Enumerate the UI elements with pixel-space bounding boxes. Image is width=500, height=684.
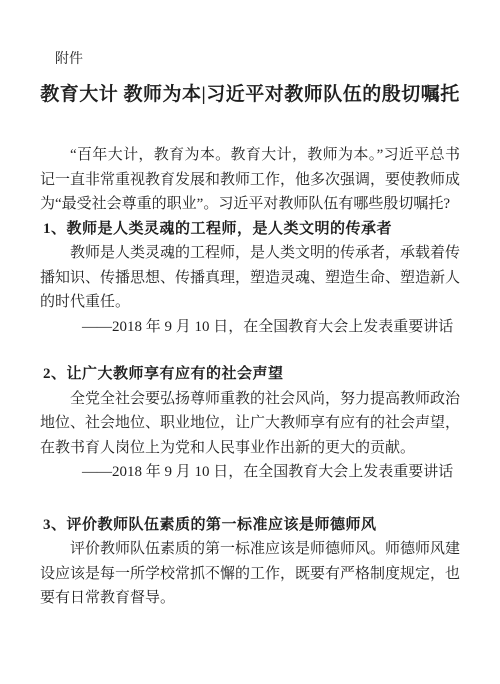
section-1-attribution: ——2018 年 9 月 10 日，在全国教育大会上发表重要讲话: [40, 315, 460, 340]
section-3-heading: 3、评价教师队伍素质的第一标准应该是师德师风: [40, 513, 460, 538]
section-1-body: 教师是人类灵魂的工程师，是人类文明的传承者，承载着传播知识、传播思想、传播真理，…: [40, 241, 460, 315]
section-3-body: 评价教师队伍素质的第一标准应该是师德师风。师德师风建设应该是每一所学校常抓不懈的…: [40, 537, 460, 611]
document-page: 附件 教育大计 教师为本|习近平对教师队伍的殷切嘱托 “百年大计，教育为本。教育…: [0, 0, 500, 684]
document-title: 教育大计 教师为本|习近平对教师队伍的殷切嘱托: [40, 83, 460, 107]
section-1-heading: 1、教师是人类灵魂的工程师，是人类文明的传承者: [40, 217, 460, 242]
document-content: 附件 教育大计 教师为本|习近平对教师队伍的殷切嘱托 “百年大计，教育为本。教育…: [40, 0, 460, 611]
section-2-body: 全党全社会要弘扬尊师重教的社会风尚，努力提高教师政治地位、社会地位、职业地位，让…: [40, 387, 460, 461]
section-2-attribution: ——2018 年 9 月 10 日，在全国教育大会上发表重要讲话: [40, 460, 460, 485]
section-3: 3、评价教师队伍素质的第一标准应该是师德师风 评价教师队伍素质的第一标准应该是师…: [40, 513, 460, 611]
section-2: 2、让广大教师享有应有的社会声望 全党全社会要弘扬尊师重教的社会风尚，努力提高教…: [40, 362, 460, 485]
intro-paragraph: “百年大计，教育为本。教育大计，教师为本。”习近平总书记一直非常重视教育发展和教…: [40, 143, 460, 217]
attachment-label: 附件: [55, 0, 460, 68]
section-2-heading: 2、让广大教师享有应有的社会声望: [40, 362, 460, 387]
section-1: 1、教师是人类灵魂的工程师，是人类文明的传承者 教师是人类灵魂的工程师，是人类文…: [40, 217, 460, 340]
